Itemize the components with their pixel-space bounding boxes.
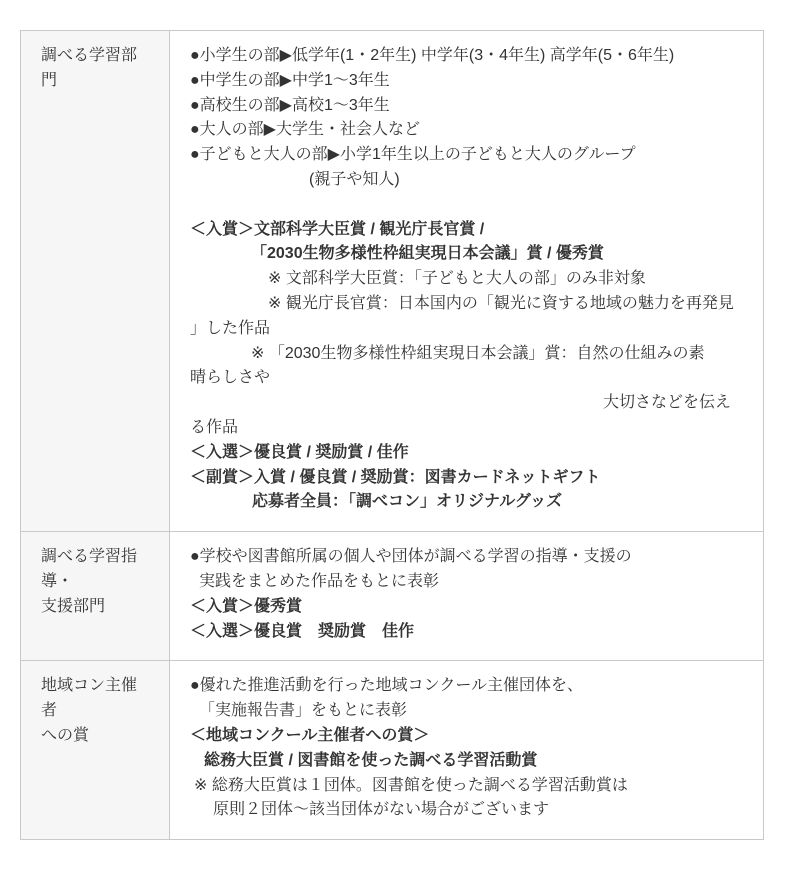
table-row: 調べる学習指 導・ 支援部門●学校や図書館所属の個人や団体が調べる学習の指導・支… (21, 532, 763, 661)
content-line: ＜入賞＞優秀賞 (190, 595, 753, 620)
content-line: ＜地域コンクール主催者への賞＞ (190, 724, 753, 749)
row-label: 調べる学習部 門 (21, 31, 170, 531)
content-line: 大切さなどを伝え (190, 391, 753, 416)
content-line: ●大人の部▶大学生・社会人など (190, 118, 753, 143)
row-content: ●学校や図書館所属の個人や団体が調べる学習の指導・支援の実践をまとめた作品をもと… (170, 532, 763, 660)
content-line: (親子や知人) (190, 168, 753, 193)
content-line: 応募者全員：「調べコン」オリジナルグッズ (190, 490, 753, 515)
content-line: ●学校や図書館所属の個人や団体が調べる学習の指導・支援の (190, 545, 753, 570)
content-line: 原則２団体〜該当団体がない場合がございます (190, 798, 753, 823)
content-line: る作品 (190, 416, 753, 441)
content-line: 総務大臣賞 / 図書館を使った調べる学習活動賞 (190, 749, 753, 774)
content-line: ※ 総務大臣賞は１団体。図書館を使った調べる学習活動賞は (190, 774, 753, 799)
content-line: ●優れた推進活動を行った地域コンクール主催団体を、 (190, 674, 753, 699)
content-line (190, 193, 753, 218)
row-content: ●小学生の部▶低学年(1・2年生) 中学年(3・4年生) 高学年(5・6年生)●… (170, 31, 763, 531)
content-line: ※ 文部科学大臣賞：「子どもと大人の部」のみ非対象 (190, 267, 753, 292)
content-line: 」した作品 (190, 317, 753, 342)
content-line: ●小学生の部▶低学年(1・2年生) 中学年(3・4年生) 高学年(5・6年生) (190, 44, 753, 69)
content-line: 実践をまとめた作品をもとに表彰 (190, 570, 753, 595)
content-line: ●子どもと大人の部▶小学1年生以上の子どもと大人のグループ (190, 143, 753, 168)
row-label: 調べる学習指 導・ 支援部門 (21, 532, 170, 660)
content-line: ＜入選＞優良賞 / 奨励賞 / 佳作 (190, 441, 753, 466)
content-line: ＜入選＞優良賞 奨励賞 佳作 (190, 620, 753, 645)
content-line: ※ 「2030生物多様性枠組実現日本会議」賞：自然の仕組みの素 (190, 342, 753, 367)
table-row: 地域コン主催 者 への賞●優れた推進活動を行った地域コンクール主催団体を、「実施… (21, 661, 763, 840)
award-table: 調べる学習部 門●小学生の部▶低学年(1・2年生) 中学年(3・4年生) 高学年… (20, 30, 764, 840)
table-row: 調べる学習部 門●小学生の部▶低学年(1・2年生) 中学年(3・4年生) 高学年… (21, 31, 763, 532)
content-line: 「実施報告書」をもとに表彰 (190, 699, 753, 724)
content-line: ※ 観光庁長官賞：日本国内の「観光に資する地域の魅力を再発見 (190, 292, 753, 317)
row-content: ●優れた推進活動を行った地域コンクール主催団体を、「実施報告書」をもとに表彰＜地… (170, 661, 763, 839)
row-label: 地域コン主催 者 への賞 (21, 661, 170, 839)
content-line: 「2030生物多様性枠組実現日本会議」賞 / 優秀賞 (190, 242, 753, 267)
content-line: ＜副賞＞入賞 / 優良賞 / 奨励賞：図書カードネットギフト (190, 466, 753, 491)
content-line: 晴らしさや (190, 366, 753, 391)
content-line: ●中学生の部▶中学1〜3年生 (190, 69, 753, 94)
content-line: ＜入賞＞文部科学大臣賞 / 観光庁長官賞 / (190, 218, 753, 243)
content-line: ●高校生の部▶高校1〜3年生 (190, 94, 753, 119)
